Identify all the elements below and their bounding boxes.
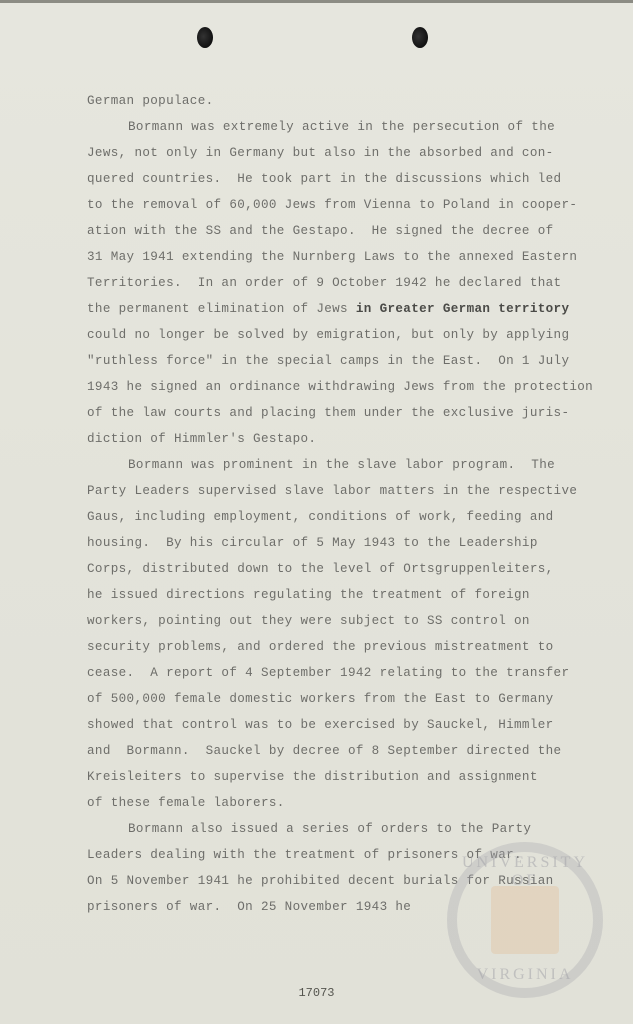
text-line: Bormann also issued a series of orders t…	[87, 816, 627, 842]
text-line: cease. A report of 4 September 1942 rela…	[87, 660, 627, 686]
text-segment: the permanent elimination of Jews	[87, 302, 356, 316]
text-line: Gaus, including employment, conditions o…	[87, 504, 627, 530]
rotunda-icon	[491, 886, 559, 954]
text-line: the permanent elimination of Jews in Gre…	[87, 296, 627, 322]
text-line: ation with the SS and the Gestapo. He si…	[87, 218, 627, 244]
text-line: "ruthless force" in the special camps in…	[87, 348, 627, 374]
text-line: Bormann was extremely active in the pers…	[87, 114, 627, 140]
text-line: Bormann was prominent in the slave labor…	[87, 452, 627, 478]
text-line: of 500,000 female domestic workers from …	[87, 686, 627, 712]
typewritten-body: German populace.Bormann was extremely ac…	[87, 88, 627, 920]
document-page: German populace.Bormann was extremely ac…	[0, 0, 633, 1024]
text-line: to the removal of 60,000 Jews from Vienn…	[87, 192, 627, 218]
text-line: Kreisleiters to supervise the distributi…	[87, 764, 627, 790]
seal-top-text: UNIVERSITY OF	[457, 854, 593, 890]
university-seal-watermark: UNIVERSITY OF VIRGINIA	[447, 842, 603, 998]
text-line: 31 May 1941 extending the Nurnberg Laws …	[87, 244, 627, 270]
text-line: housing. By his circular of 5 May 1943 t…	[87, 530, 627, 556]
text-line: he issued directions regulating the trea…	[87, 582, 627, 608]
text-line: and Bormann. Sauckel by decree of 8 Sept…	[87, 738, 627, 764]
text-line: workers, pointing out they were subject …	[87, 608, 627, 634]
text-line: could no longer be solved by emigration,…	[87, 322, 627, 348]
text-line: Jews, not only in Germany but also in th…	[87, 140, 627, 166]
punch-hole-right	[412, 27, 428, 48]
text-line: Corps, distributed down to the level of …	[87, 556, 627, 582]
text-line: diction of Himmler's Gestapo.	[87, 426, 627, 452]
text-line: Party Leaders supervised slave labor mat…	[87, 478, 627, 504]
text-line: Territories. In an order of 9 October 19…	[87, 270, 627, 296]
text-line: German populace.	[87, 88, 627, 114]
text-line: of the law courts and placing them under…	[87, 400, 627, 426]
text-line: showed that control was to be exercised …	[87, 712, 627, 738]
inserted-text-segment: in Greater German territory	[356, 302, 570, 316]
text-line: security problems, and ordered the previ…	[87, 634, 627, 660]
punch-hole-left	[197, 27, 213, 48]
text-line: quered countries. He took part in the di…	[87, 166, 627, 192]
text-line: of these female laborers.	[87, 790, 627, 816]
seal-bottom-text: VIRGINIA	[457, 966, 593, 984]
text-line: 1943 he signed an ordinance withdrawing …	[87, 374, 627, 400]
page-number: 17073	[0, 986, 633, 1000]
